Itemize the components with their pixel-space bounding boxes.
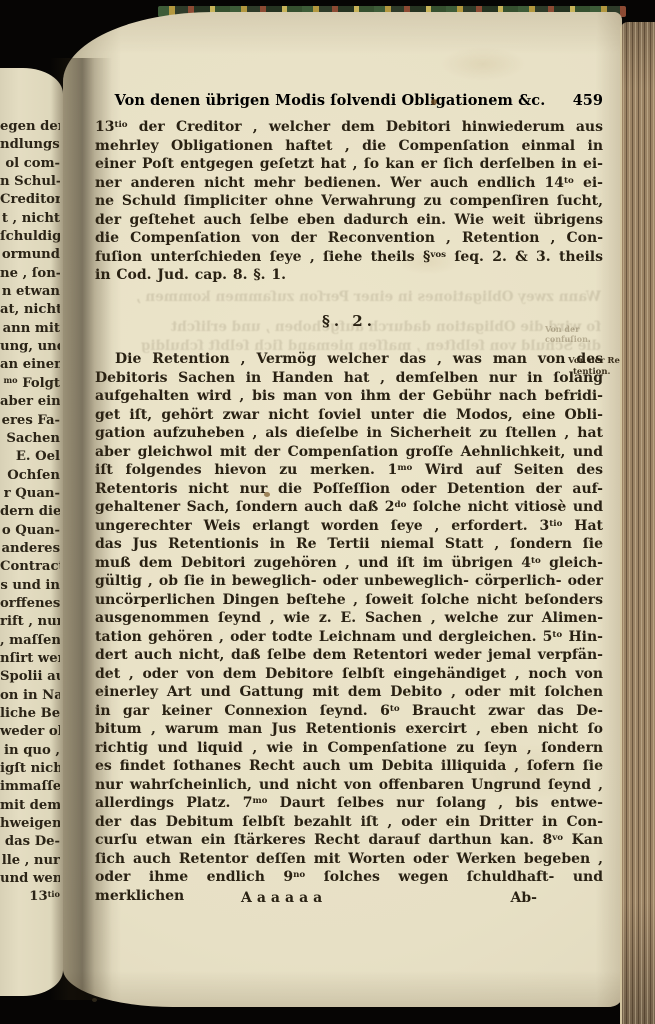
text-line: ausgenommen ſeynd , wie z. E. Sachen , w… (95, 609, 603, 628)
running-header-title: Von denen übrigen Modis ſolvendi Obligat… (95, 92, 565, 109)
text-line: mo Folgt (0, 375, 60, 393)
text-line: das Jus Retentionis in Re Tertii niemal … (95, 535, 603, 554)
text-line: gehaltener Sach, ſondern auch daß 2do ſo… (95, 498, 603, 517)
section-heading: §. 2. (95, 312, 603, 330)
text-line: ann mit (0, 320, 60, 338)
running-header: Von denen übrigen Modis ſolvendi Obligat… (95, 92, 603, 109)
text-line: Sachen (0, 430, 60, 448)
text-line: uncörperlichen Dingen beſtehe , ſoweit ſ… (95, 591, 603, 610)
text-line: immaſſen (0, 778, 60, 796)
text-line: ſchuldig (0, 228, 60, 246)
text-line: allerdings Platz. 7mo Daurt ſelbes nur ſ… (95, 794, 603, 813)
text-line: gation aufzuheben , als dieſelbe in Sich… (95, 424, 603, 443)
text-line: ner anderen nicht mehr bedienen. Wer auc… (95, 174, 603, 193)
text-line: confuſion. (545, 334, 601, 344)
text-line: ungerechter Weis erlangt worden ſeye , e… (95, 517, 603, 536)
book-scan: egen denndlungs-ol com-n Schul-Creditort… (0, 0, 655, 1024)
text-line: Debitoris Sachen in Handen hat , demſelb… (95, 369, 603, 388)
text-line: gültig , ob ſie in beweglich- oder unbew… (95, 572, 603, 591)
text-line: at, nicht (0, 301, 60, 319)
right-page: Wann zwey Obligationes in einer Perſon z… (63, 12, 622, 1007)
ink-speck (92, 998, 97, 1002)
text-line: ndlungs- (0, 136, 60, 154)
text-line: det , oder von dem Debitore ſelbſt einge… (95, 665, 603, 684)
text-line: get iſt, gehört zwar nicht ſoviel unter … (95, 406, 603, 425)
text-line: bitum , warum man Jus Retentionis exerci… (95, 720, 603, 739)
ink-speck (431, 99, 437, 105)
text-line: eres Fa- (0, 412, 60, 430)
text-line: aber gleichwol mit der Compenſation groſ… (95, 443, 603, 462)
text-line: ung, und (0, 338, 60, 356)
text-line: iſt folgendes hievon zu merken. 1mo Wird… (95, 461, 603, 480)
paragraph-retention: Die Retention , Vermög welcher das , was… (95, 350, 603, 905)
text-line: anderes (0, 540, 60, 558)
text-line: dert auch nicht, daß ſelbe dem Retentori… (95, 646, 603, 665)
ink-speck (264, 492, 270, 497)
text-line: einer Poſt entgegen geſetzt hat , ſo kan… (95, 155, 603, 174)
text-line: der das Debitum ſelbſt bezahlt iſt , ode… (95, 813, 603, 832)
text-line: mehrley Obligationen haftet , die Compen… (95, 137, 603, 156)
text-line: ormund (0, 246, 60, 264)
text-line: curſu etwan ein ſtärkeres Recht darauf d… (95, 831, 603, 850)
fore-edge-page-block (620, 22, 655, 1024)
text-line: aber eine (0, 393, 60, 411)
text-line: fuſion unterſchieden ſeye , ſiehe theils… (95, 248, 603, 267)
text-line: in gar keiner Connexion ſeynd. 6to Brauc… (95, 702, 603, 721)
text-line: E. Oel (0, 448, 60, 466)
facing-page-text-fragments: egen denndlungs-ol com-n Schul-Creditort… (0, 118, 60, 907)
text-line: Creditor (0, 191, 60, 209)
text-line: hweigens (0, 815, 60, 833)
text-line: an einem (0, 356, 60, 374)
text-line: r Quan- (0, 485, 60, 503)
text-line: Wann zwey Obligationes in einer Perſon z… (93, 288, 601, 307)
text-line: o Quan- (0, 522, 60, 540)
text-line: Retentoris nicht nur die Poſſeſſion oder… (95, 480, 603, 499)
text-line: egen den (0, 118, 60, 136)
text-line: igſt nicht (0, 760, 60, 778)
text-line: ſich auch Retentor deſſen mit Worten ode… (95, 850, 603, 869)
text-line: aufgehalten wird , bis man von ihm der G… (95, 387, 603, 406)
text-line: Spolii aut (0, 668, 60, 686)
text-line: 13tio (0, 888, 60, 906)
text-line: lle , nur (0, 852, 60, 870)
text-line: weder ob (0, 723, 60, 741)
text-line: n etwan (0, 283, 60, 301)
facing-page-sliver: egen denndlungs-ol com-n Schul-Creditort… (0, 68, 63, 996)
text-line: und wenn (0, 870, 60, 888)
page-number: 459 (565, 92, 603, 109)
text-line: die Compenſation von der Reconvention , … (95, 229, 603, 248)
text-line: richtig und liquid , wie in Compenſation… (95, 739, 603, 758)
text-line: nſirt wer- (0, 650, 60, 668)
catchword: Ab- (511, 890, 537, 906)
text-line: Contract (0, 558, 60, 576)
text-line: der geſtehet auch ſelbe eben dadurch ein… (95, 211, 603, 230)
text-line: on in Na- (0, 687, 60, 705)
paragraph-compensation: 13tio der Creditor , welcher dem Debitor… (95, 118, 603, 285)
text-line: einerley Art und Gattung mit dem Debito … (95, 683, 603, 702)
text-line: 13tio der Creditor , welcher dem Debitor… (95, 118, 603, 137)
text-line: t , nicht (0, 210, 60, 228)
text-line: in Cod. Jud. cap. 8. §. 1. (95, 266, 603, 285)
text-line: orffenes (0, 595, 60, 613)
gathering-signature: Aaaaaa (241, 890, 327, 906)
text-line: in quo , (0, 742, 60, 760)
text-line: s und in (0, 577, 60, 595)
text-line: n Schul- (0, 173, 60, 191)
text-line: rift , nur (0, 613, 60, 631)
text-line: es findet ſothanes Recht auch um Debita … (95, 757, 603, 776)
text-line: dern die (0, 503, 60, 521)
text-line: ne Schuld ſimpliciter ohne Verwahrung zu… (95, 192, 603, 211)
text-line: nur wahrſcheinlich, und nicht von offenb… (95, 776, 603, 795)
text-line: ne , ſon- (0, 265, 60, 283)
text-line: muß dem Debitori zugehören , und iſt im … (95, 554, 603, 573)
text-line: Ochſen (0, 467, 60, 485)
text-line: tation gehören , oder todte Leichnam und… (95, 628, 603, 647)
signature-line: Aaaaaa Ab- (95, 890, 603, 910)
text-line: liche Be- (0, 705, 60, 723)
text-line: ol com- (0, 155, 60, 173)
text-line: , maſſen (0, 632, 60, 650)
text-line: mit dem (0, 797, 60, 815)
text-line: Die Retention , Vermög welcher das , was… (95, 350, 603, 369)
text-line: das De- (0, 833, 60, 851)
